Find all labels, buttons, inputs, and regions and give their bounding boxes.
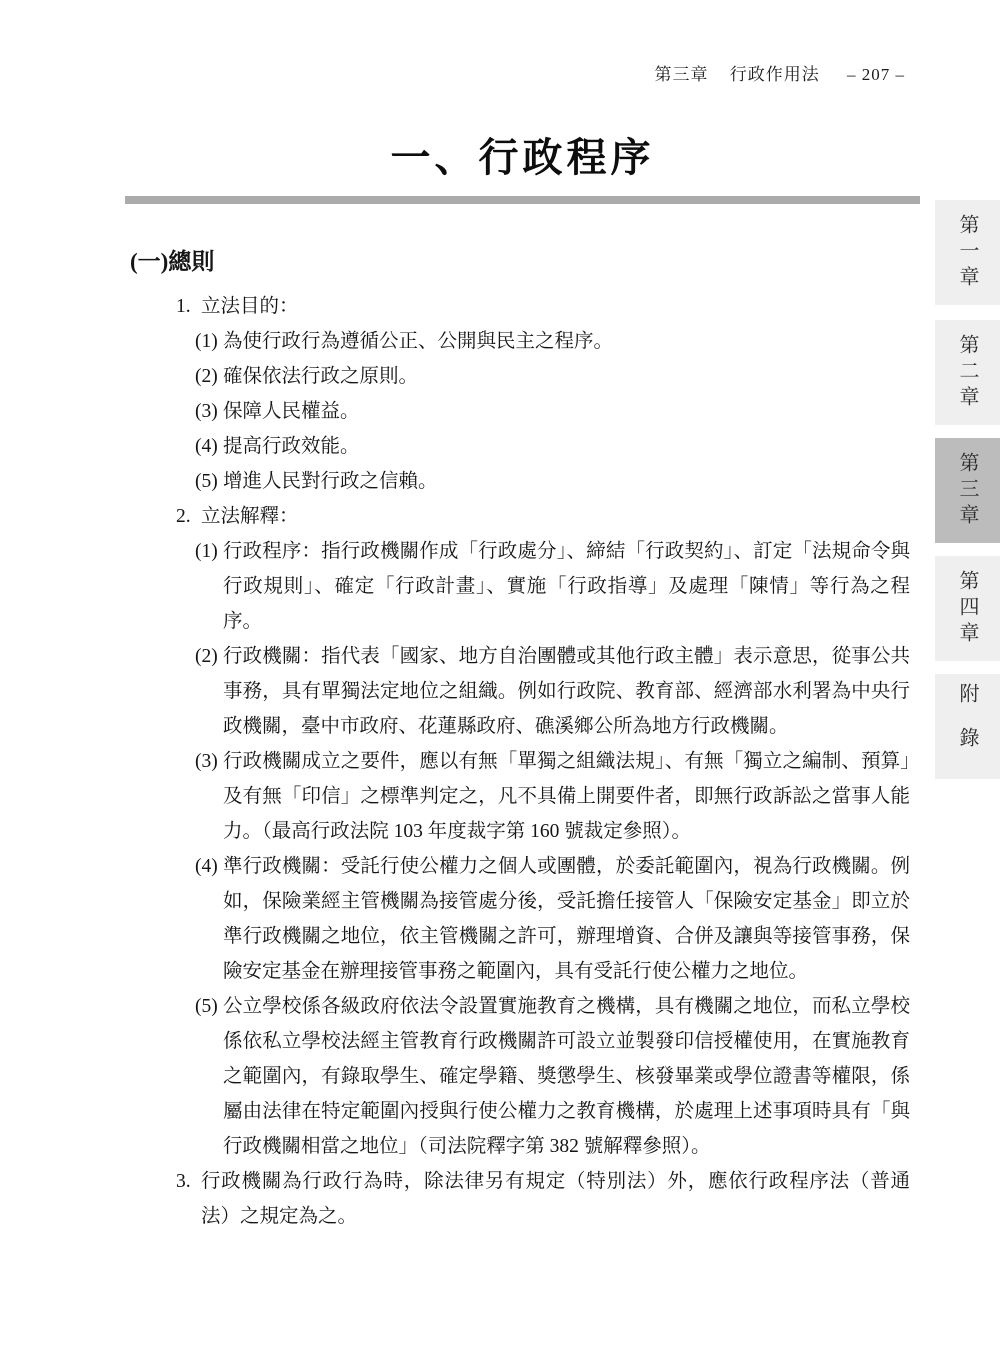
list-item-number: 2.: [176, 499, 201, 534]
subitem-text: 行政機關成立之要件，應以有無「單獨之組織法規」、有無「獨立之編制、預算」及有無「…: [223, 744, 910, 849]
subitem-text: 提高行政效能。: [223, 429, 910, 464]
list-subitem: (3) 行政機關成立之要件，應以有無「單獨之組織法規」、有無「獨立之編制、預算」…: [195, 744, 910, 849]
subitem-number: (3): [195, 744, 223, 849]
subitem-text: 準行政機關：受託行使公權力之個人或團體，於委託範圍內，視為行政機關。例如，保險業…: [223, 849, 910, 989]
subitem-number: (1): [195, 324, 223, 359]
chapter-tab-1: 第一章: [935, 200, 1000, 305]
list-item-number: 1.: [176, 289, 201, 324]
subitem-number: (5): [195, 464, 223, 499]
header-book-title: 行政作用法: [730, 65, 820, 84]
list-subitem: (5) 公立學校係各級政府依法令設置實施教育之機構，具有機關之地位，而私立學校係…: [195, 989, 910, 1164]
subitem-number: (4): [195, 849, 223, 989]
list-item-text: 立法目的：: [201, 289, 910, 324]
title-divider-bar: [125, 196, 920, 204]
chapter-tab-3-active: 第三章: [935, 438, 1000, 543]
list-subitem: (4) 提高行政效能。: [195, 429, 910, 464]
page-header: 第三章 行政作用法 – 207 –: [655, 60, 906, 85]
page-title: 一、行政程序: [125, 126, 920, 183]
list-item: 1. 立法目的：: [176, 289, 910, 324]
subitem-text: 確保依法行政之原則。: [223, 359, 910, 394]
subitem-number: (4): [195, 429, 223, 464]
list-item-text: 行政機關為行政行為時，除法律另有規定（特別法）外，應依行政程序法（普通法）之規定…: [201, 1164, 910, 1234]
list-item: 2. 立法解釋：: [176, 499, 910, 534]
list-subitem: (2) 行政機關：指代表「國家、地方自治團體或其他行政主體」表示意思，從事公共事…: [195, 639, 910, 744]
subitem-text: 保障人民權益。: [223, 394, 910, 429]
list-item-text: 立法解釋：: [201, 499, 910, 534]
list-subitem: (1) 為使行政行為遵循公正、公開與民主之程序。: [195, 324, 910, 359]
list-subitem: (4) 準行政機關：受託行使公權力之個人或團體，於委託範圍內，視為行政機關。例如…: [195, 849, 910, 989]
subitem-text: 為使行政行為遵循公正、公開與民主之程序。: [223, 324, 910, 359]
subitem-text: 增進人民對行政之信賴。: [223, 464, 910, 499]
subitem-number: (1): [195, 534, 223, 639]
subitem-number: (2): [195, 639, 223, 744]
list-item-number: 3.: [176, 1164, 201, 1234]
subitem-text: 行政機關：指代表「國家、地方自治團體或其他行政主體」表示意思，從事公共事務，具有…: [223, 639, 910, 744]
document-body: (一)總則 1. 立法目的： (1) 為使行政行為遵循公正、公開與民主之程序。 …: [130, 241, 910, 1234]
subitem-number: (5): [195, 989, 223, 1164]
subitem-text: 公立學校係各級政府依法令設置實施教育之機構，具有機關之地位，而私立學校係依私立學…: [223, 989, 910, 1164]
header-chapter-label: 第三章: [655, 65, 709, 84]
list-subitem: (2) 確保依法行政之原則。: [195, 359, 910, 394]
subitem-number: (2): [195, 359, 223, 394]
section-heading: (一)總則: [130, 241, 910, 283]
header-page-number: – 207 –: [847, 65, 905, 84]
list-subitem: (5) 增進人民對行政之信賴。: [195, 464, 910, 499]
appendix-tab: 附錄: [935, 674, 1000, 779]
subitem-text: 行政程序：指行政機關作成「行政處分」、締結「行政契約」、訂定「法規命令與行政規則…: [223, 534, 910, 639]
list-subitem: (1) 行政程序：指行政機關作成「行政處分」、締結「行政契約」、訂定「法規命令與…: [195, 534, 910, 639]
list-item: 3. 行政機關為行政行為時，除法律另有規定（特別法）外，應依行政程序法（普通法）…: [176, 1164, 910, 1234]
subitem-number: (3): [195, 394, 223, 429]
chapter-tab-4: 第四章: [935, 556, 1000, 661]
list-subitem: (3) 保障人民權益。: [195, 394, 910, 429]
chapter-tab-2: 第二章: [935, 320, 1000, 425]
